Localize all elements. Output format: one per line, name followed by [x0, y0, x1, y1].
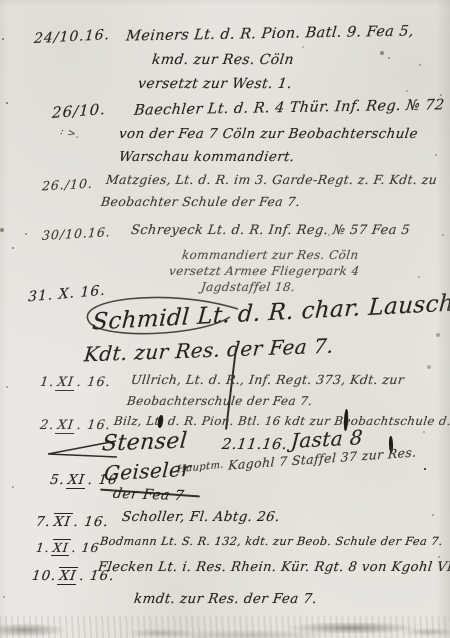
- struck-text: der Fea 7: [113, 486, 184, 504]
- entry-line: kommandiert zur Res. Cöln: [182, 248, 359, 262]
- entry-line: kmdt. zur Res. der Fea 7.: [134, 591, 317, 607]
- entry-line: Warschau kommandiert.: [119, 149, 295, 165]
- scan-speckles: [2, 38, 4, 40]
- entry-date: 2.XI. 16.: [40, 418, 111, 434]
- entry-line: Scholler, Fl. Abtg. 26.: [122, 509, 280, 525]
- entry-date: 1.XI. 16.: [40, 375, 111, 391]
- entry-line: kmd. zur Res. Cöln: [152, 52, 294, 68]
- entry-line: Beobachterschule der Fea 7.: [127, 394, 313, 408]
- entry-date: 1.XI. 16: [36, 539, 100, 556]
- entry-line: Flecken Lt. i. Res. Rhein. Kür. Rgt. 8 v…: [98, 560, 450, 575]
- entry-line: Jagdstaffel 18.: [201, 280, 295, 294]
- entry-date: 26./10.: [42, 176, 94, 194]
- entry-line: Meiners Lt. d. R. Pion. Batl. 9. Fea 5,: [126, 23, 414, 44]
- bottom-scan-band: [0, 616, 450, 638]
- entry-date: 2.11.16.: [222, 435, 287, 453]
- entry-date: 24/10.16.: [34, 27, 111, 47]
- ditto-mark: : >.: [59, 126, 81, 141]
- entry-line: versetzt Armee Fliegerpark 4: [169, 264, 360, 278]
- register-page: 24/10.16. Meiners Lt. d. R. Pion. Batl. …: [0, 0, 450, 638]
- entry-line: Ullrich, Lt. d. R., Inf. Regt. 373, Kdt.…: [131, 372, 404, 387]
- entry-date: 30/10.16.: [42, 224, 112, 243]
- entry-line: Bilz, Lt. d. R. Pion. Btl. 16 kdt zur Be…: [114, 414, 450, 428]
- entry-line: versetzt zur West. 1.: [138, 76, 292, 92]
- entry-line: Beobachter Schule der Fea 7.: [101, 194, 300, 209]
- entry-line: Matzgies, Lt. d. R. im 3. Garde-Regt. z.…: [106, 172, 437, 187]
- entry-date: 26/10.: [51, 100, 106, 122]
- pilot-name: Stensel: [102, 429, 188, 457]
- entry-line: Schreyeck Lt. d. R. Inf. Reg. № 57 Fea 5: [131, 223, 410, 238]
- entry-line: Bodmann Lt. S. R. 132, kdt. zur Beob. Sc…: [100, 535, 443, 548]
- entry-date: 7.XI. 16.: [36, 513, 109, 530]
- entry-line: von der Fea 7 Cöln zur Beobachterschule: [119, 126, 418, 142]
- entry-line: Baechler Lt. d. R. 4 Thür. Inf. Reg. № 7…: [134, 97, 445, 118]
